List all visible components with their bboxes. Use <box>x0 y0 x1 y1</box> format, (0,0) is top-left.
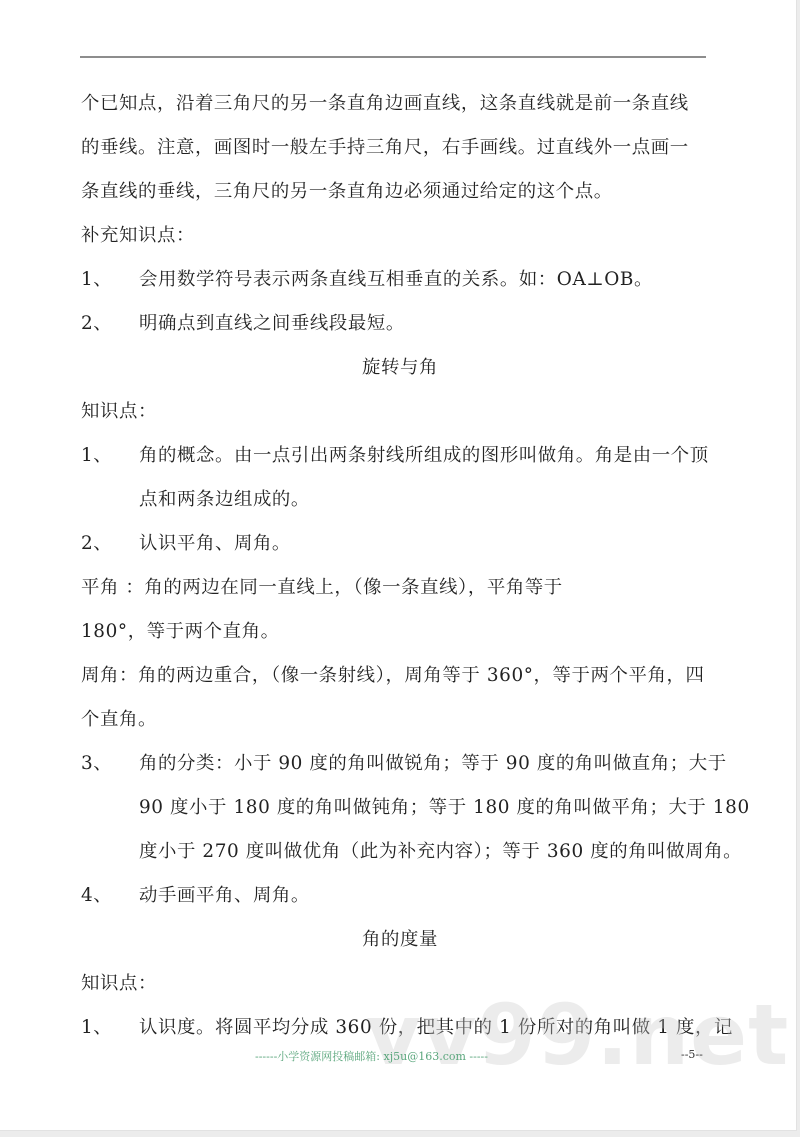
list-number: 1、 <box>81 268 139 292</box>
list-number: 2、 <box>81 312 139 336</box>
paragraph-line: 个已知点，沿着三角尺的另一条直角边画直线，这条直线就是前一条直线 <box>81 92 689 116</box>
list-item: 1、角的概念。由一点引出两条射线所组成的图形叫做角。角是由一个顶 <box>81 444 709 468</box>
paragraph-line: 180°，等于两个直角。 <box>81 620 280 644</box>
paragraph-line: 的垂线。注意，画图时一般左手持三角尺，右手画线。过直线外一点画一 <box>81 136 689 160</box>
list-item: 4、动手画平角、周角。 <box>81 884 310 908</box>
list-text: 角的分类：小于 90 度的角叫做锐角；等于 90 度的角叫做直角；大于 <box>139 753 727 774</box>
knowledge-label: 知识点： <box>81 400 157 424</box>
list-text: 明确点到直线之间垂线段最短。 <box>139 313 405 334</box>
paragraph-line: 条直线的垂线，三角尺的另一条直角边必须通过给定的这个点。 <box>81 180 613 204</box>
paragraph-line: 平角 ：角的两边在同一直线上，（像一条直线），平角等于 <box>81 576 563 600</box>
list-continuation: 点和两条边组成的。 <box>139 488 310 512</box>
list-text: 角的概念。由一点引出两条射线所组成的图形叫做角。角是由一个顶 <box>139 445 709 466</box>
section-heading: 旋转与角 <box>0 356 800 380</box>
list-item: 1、会用数学符号表示两条直线互相垂直的关系。如：OA⊥OB。 <box>81 268 653 292</box>
list-continuation: 度小于 270 度叫做优角（此为补充内容）；等于 360 度的角叫做周角。 <box>139 840 742 864</box>
list-continuation: 90 度小于 180 度的角叫做钝角；等于 180 度的角叫做平角；大于 180 <box>139 796 750 820</box>
paragraph-line: 周角：角的两边重合，（像一条射线），周角等于 360°，等于两个平角，四 <box>81 664 704 688</box>
paragraph-line: 个直角。 <box>81 708 157 732</box>
list-number: 3、 <box>81 752 139 776</box>
list-text: 认识平角、周角。 <box>139 533 291 554</box>
list-number: 1、 <box>81 444 139 468</box>
list-item: 2、明确点到直线之间垂线段最短。 <box>81 312 405 336</box>
list-text: 会用数学符号表示两条直线互相垂直的关系。如：OA⊥OB。 <box>139 269 653 290</box>
header-rule <box>80 56 706 58</box>
footer-text: ------小学资源网投稿邮箱: xj5u@163.com ----- <box>255 1048 488 1064</box>
knowledge-label: 知识点： <box>81 972 157 996</box>
list-item: 2、认识平角、周角。 <box>81 532 291 556</box>
list-number: 1、 <box>81 1016 139 1040</box>
list-item: 3、角的分类：小于 90 度的角叫做锐角；等于 90 度的角叫做直角；大于 <box>81 752 727 776</box>
list-number: 2、 <box>81 532 139 556</box>
page-footer: ------小学资源网投稿邮箱: xj5u@163.com ----- --5-… <box>0 1048 800 1068</box>
supplement-label: 补充知识点： <box>81 224 195 248</box>
section-heading: 角的度量 <box>0 928 800 952</box>
document-page: 个已知点，沿着三角尺的另一条直角边画直线，这条直线就是前一条直线 的垂线。注意，… <box>0 0 797 1131</box>
list-text: 动手画平角、周角。 <box>139 885 310 906</box>
page-number: --5-- <box>681 1048 703 1061</box>
list-number: 4、 <box>81 884 139 908</box>
